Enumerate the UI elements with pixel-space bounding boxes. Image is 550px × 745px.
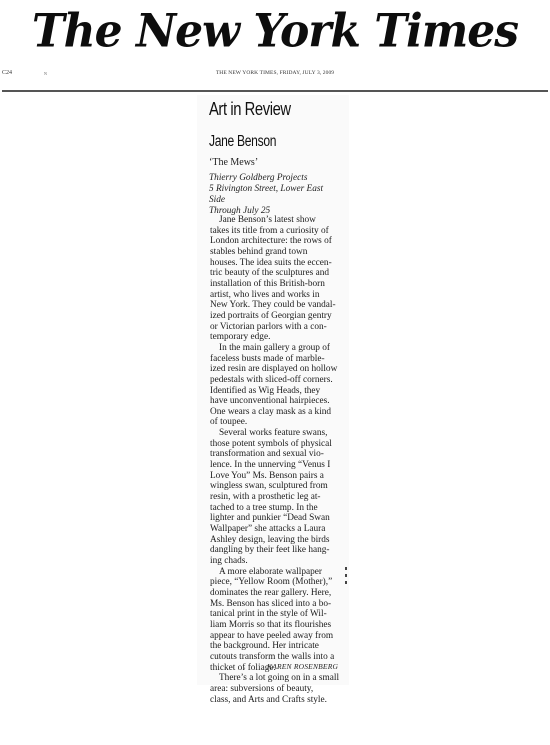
margin-marks (345, 567, 348, 588)
body-line: have unconventional hairpieces. (210, 396, 350, 407)
body-line: Wallpaper” she attacks a Laura (210, 524, 350, 535)
body-line: Several works feature swans, (210, 428, 350, 439)
body-line: temporary edge. (210, 332, 350, 343)
body-line: appear to have peeled away from (210, 631, 350, 642)
body-line: those potent symbols of physical (210, 439, 350, 450)
body-line: resin, with a prosthetic leg at- (210, 492, 350, 503)
body-line: cutouts transform the walls into a (210, 652, 350, 663)
body-line: installation of this British-born (210, 279, 350, 290)
body-line: There’s a lot going on in a small (210, 673, 350, 684)
body-line: Love You” Ms. Benson pairs a (210, 471, 350, 482)
body-line: Identified as Wig Heads, they (210, 386, 350, 397)
dateline: THE NEW YORK TIMES, FRIDAY, JULY 3, 2009 (0, 70, 550, 76)
body-line: Ashley design, leaving the birds (210, 535, 350, 546)
body-line: dangling by their feet like hang- (210, 545, 350, 556)
body-line: One wears a clay mask as a kind (210, 407, 350, 418)
body-line: lighter and punkier “Dead Swan (210, 513, 350, 524)
body-line: pedestals with sliced-off corners. (210, 375, 350, 386)
body-line: houses. The idea suits the eccen- (210, 258, 350, 269)
print-speck: • (243, 666, 246, 672)
byline: KAREN ROSENBERG (267, 662, 338, 671)
body-line: Jane Benson’s latest show (210, 215, 350, 226)
body-line: lence. In the unnerving “Venus I (210, 460, 350, 471)
body-line: New York. They could be vandal- (210, 300, 350, 311)
body-line: dominates the rear gallery. Here, (210, 588, 350, 599)
body-line: liam Morris so that its flourishes (210, 620, 350, 631)
masthead-logo: The New York Times (0, 5, 550, 59)
body-line: artist, who lives and works in (210, 290, 350, 301)
venue-address: 5 Rivington Street, Lower East (209, 184, 349, 195)
body-line: faceless busts made of marble- (210, 354, 350, 365)
body-line: ized portraits of Georgian gentry (210, 311, 350, 322)
body-line: class, and Arts and Crafts style. (210, 695, 350, 706)
body-line: area: subversions of beauty, (210, 684, 350, 695)
section-heading: Art in Review (209, 99, 291, 120)
venue-address-cont: Side (209, 195, 349, 206)
article-body: Jane Benson’s latest showtakes its title… (210, 215, 350, 705)
header-rule (2, 90, 548, 92)
body-line: transformation and sexual vio- (210, 449, 350, 460)
venue-info: Thierry Goldberg Projects 5 Rivington St… (209, 173, 349, 217)
body-line: London architecture: the rows of (210, 236, 350, 247)
body-line: of toupee. (210, 417, 350, 428)
show-title: ‘The Mews’ (209, 157, 258, 168)
body-line: tanical print in the style of Wil- (210, 609, 350, 620)
body-line: A more elaborate wallpaper (210, 567, 350, 578)
body-line: stables behind grand town (210, 247, 350, 258)
body-line: piece, “Yellow Room (Mother),” (210, 577, 350, 588)
body-line: In the main gallery a group of (210, 343, 350, 354)
body-line: or Victorian parlors with a con- (210, 322, 350, 333)
body-line: takes its title from a curiosity of (210, 226, 350, 237)
body-line: the background. Her intricate (210, 641, 350, 652)
body-line: ing chads. (210, 556, 350, 567)
body-line: tached to a tree stump. In the (210, 503, 350, 514)
body-line: wingless swan, sculptured from (210, 481, 350, 492)
article-headline: Jane Benson (209, 133, 276, 151)
body-line: Ms. Benson has sliced into a bo- (210, 599, 350, 610)
body-line: tric beauty of the sculptures and (210, 268, 350, 279)
body-line: ized resin are displayed on hollow (210, 364, 350, 375)
venue-name: Thierry Goldberg Projects (209, 173, 349, 184)
